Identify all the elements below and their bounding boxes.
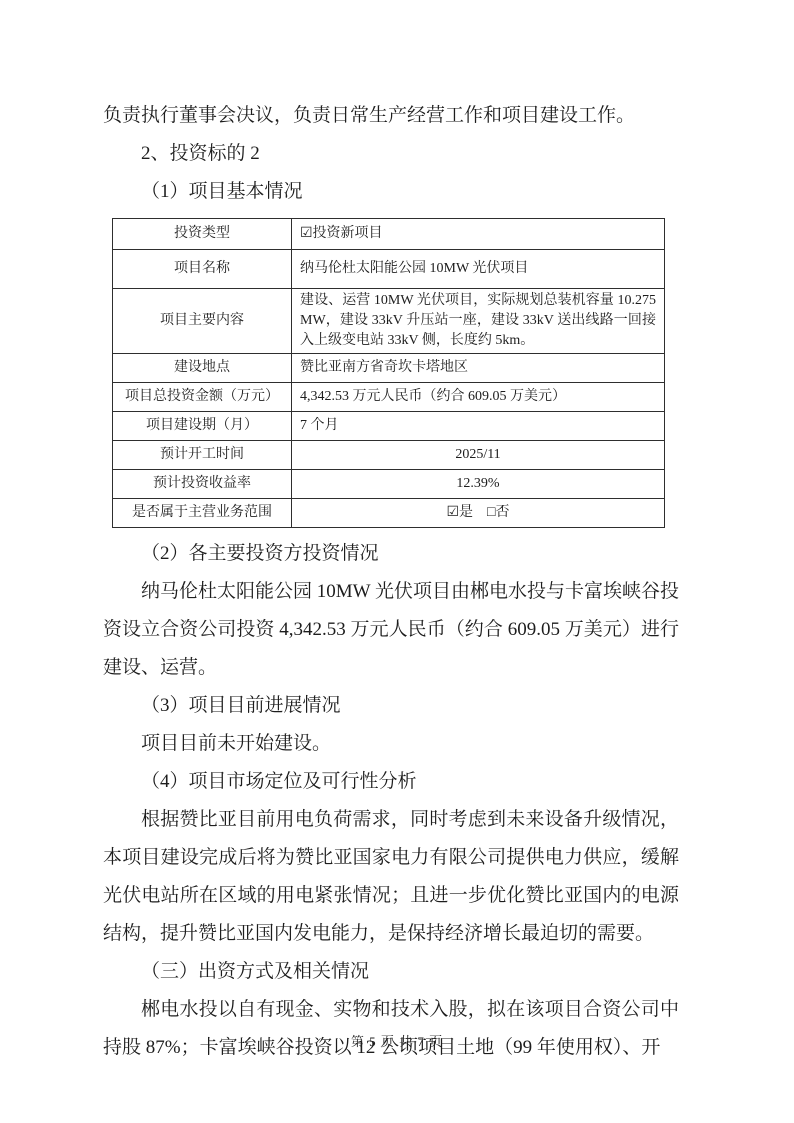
row-label: 项目建设期（月）: [113, 412, 292, 441]
row-label: 项目总投资金额（万元）: [113, 383, 292, 412]
continuation-paragraph: 负责执行董事会决议，负责日常生产经营工作和项目建设工作。: [103, 97, 679, 135]
section-heading-funding: （三）出资方式及相关情况: [103, 953, 679, 991]
table-row: 项目主要内容 建设、运营 10MW 光伏项目，实际规划总装机容量 10.275M…: [113, 289, 665, 354]
section-heading-2: 2、投资标的 2: [103, 135, 679, 173]
subsection-heading-basic-info: （1）项目基本情况: [103, 173, 679, 211]
subsection-heading-progress: （3）项目目前进展情况: [103, 687, 679, 725]
subsection-heading-market: （4）项目市场定位及可行性分析: [103, 763, 679, 801]
table-row: 预计投资收益率 12.39%: [113, 470, 665, 499]
row-value: 建设、运营 10MW 光伏项目，实际规划总装机容量 10.275MW，建设 33…: [292, 289, 665, 354]
funding-paragraph: 郴电水投以自有现金、实物和技术入股，拟在该项目合资公司中持股 87%；卡富埃峡谷…: [103, 991, 679, 1067]
row-value: ☑投资新项目: [292, 219, 665, 250]
row-value: 7 个月: [292, 412, 665, 441]
table-row: 项目名称 纳马伦杜太阳能公园 10MW 光伏项目: [113, 250, 665, 289]
row-label: 预计开工时间: [113, 441, 292, 470]
table-row: 建设地点 赞比亚南方省奇坎卡塔地区: [113, 354, 665, 383]
table-row: 预计开工时间 2025/11: [113, 441, 665, 470]
row-value: 12.39%: [292, 470, 665, 499]
table-row: 是否属于主营业务范围 ☑是 □否: [113, 499, 665, 528]
project-info-table: 投资类型 ☑投资新项目 项目名称 纳马伦杜太阳能公园 10MW 光伏项目 项目主…: [112, 218, 665, 528]
row-value: 纳马伦杜太阳能公园 10MW 光伏项目: [292, 250, 665, 289]
subsection-heading-investors: （2）各主要投资方投资情况: [103, 535, 679, 573]
table-row: 项目总投资金额（万元） 4,342.53 万元人民币（约合 609.05 万美元…: [113, 383, 665, 412]
row-value: 赞比亚南方省奇坎卡塔地区: [292, 354, 665, 383]
table-row: 项目建设期（月） 7 个月: [113, 412, 665, 441]
document-page: 负责执行董事会决议，负责日常生产经营工作和项目建设工作。 2、投资标的 2 （1…: [0, 0, 794, 1123]
progress-paragraph: 项目目前未开始建设。: [103, 725, 679, 763]
row-label: 投资类型: [113, 219, 292, 250]
row-label: 预计投资收益率: [113, 470, 292, 499]
row-label: 建设地点: [113, 354, 292, 383]
row-value: 4,342.53 万元人民币（约合 609.05 万美元）: [292, 383, 665, 412]
investors-paragraph: 纳马伦杜太阳能公园 10MW 光伏项目由郴电水投与卡富埃峡谷投资设立合资公司投资…: [103, 573, 679, 687]
row-value: 2025/11: [292, 441, 665, 470]
document-body: 负责执行董事会决议，负责日常生产经营工作和项目建设工作。 2、投资标的 2 （1…: [103, 97, 679, 1067]
row-label: 项目主要内容: [113, 289, 292, 354]
market-paragraph: 根据赞比亚目前用电负荷需求，同时考虑到未来设备升级情况，本项目建设完成后将为赞比…: [103, 801, 679, 953]
row-label: 是否属于主营业务范围: [113, 499, 292, 528]
row-value-checkboxes: ☑是 □否: [292, 499, 665, 528]
table-row: 投资类型 ☑投资新项目: [113, 219, 665, 250]
row-label: 项目名称: [113, 250, 292, 289]
page-footer: 第 5 页 共 7 页: [0, 1031, 794, 1050]
